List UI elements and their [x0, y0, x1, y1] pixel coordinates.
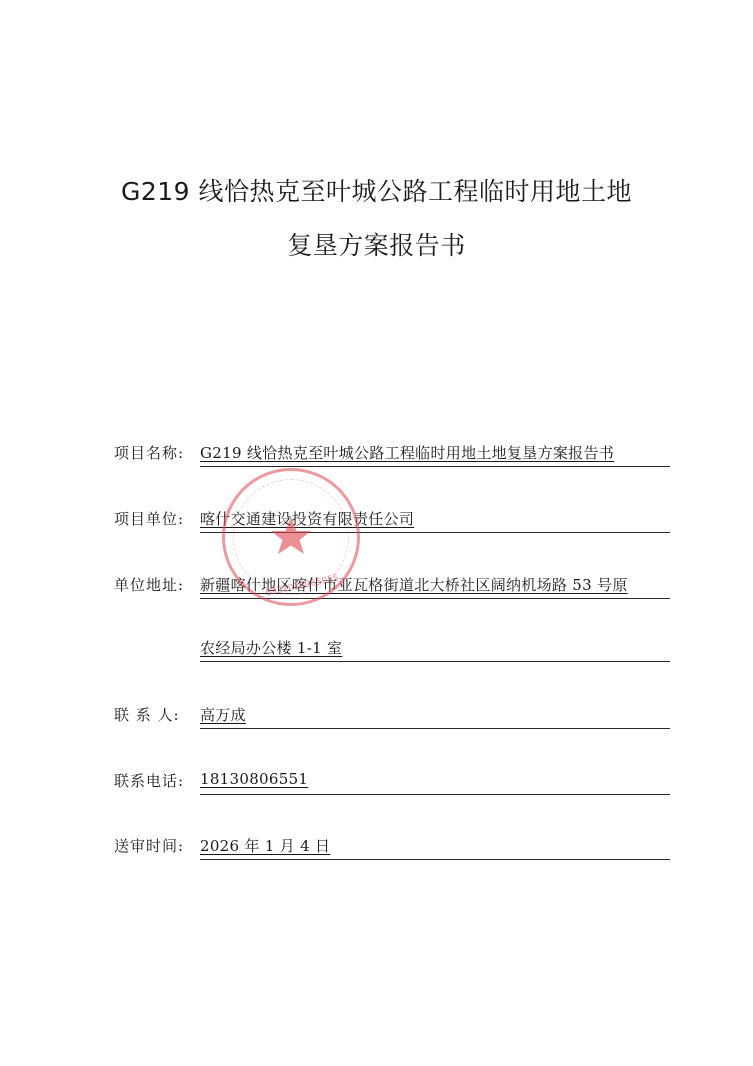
project-unit-label: 项目单位:	[114, 508, 200, 529]
unit-address-value-line-2: 农经局办公楼 1-1 室	[200, 637, 670, 662]
contact-person-label: 联 系 人:	[114, 704, 200, 725]
submission-date-value: 2026 年 1 月 4 日	[200, 835, 670, 860]
project-name-label: 项目名称:	[114, 442, 200, 463]
unit-address-label: 单位地址:	[114, 574, 200, 595]
contact-phone-field: 联系电话: 18130806551	[114, 770, 670, 796]
contact-person-value: 高万成	[200, 704, 670, 729]
unit-address-value-line-1: 新疆喀什地区喀什市亚瓦格街道北大桥社区阔纳机场路 53 号原	[200, 574, 670, 599]
unit-address-continuation: 农经局办公楼 1-1 室	[114, 637, 670, 663]
submission-date-label: 送审时间:	[114, 835, 200, 856]
unit-address-field: 单位地址: 新疆喀什地区喀什市亚瓦格街道北大桥社区阔纳机场路 53 号原	[114, 574, 670, 600]
document-title-line-1: G219 线恰热克至叶城公路工程临时用地土地	[0, 172, 753, 208]
contact-person-field: 联 系 人: 高万成	[114, 704, 670, 730]
contact-phone-label: 联系电话:	[114, 770, 200, 791]
project-name-value: G219 线恰热克至叶城公路工程临时用地土地复垦方案报告书	[200, 442, 670, 467]
project-name-field: 项目名称: G219 线恰热克至叶城公路工程临时用地土地复垦方案报告书	[114, 442, 670, 468]
project-unit-value: 喀什交通建设投资有限责任公司	[200, 508, 670, 533]
contact-phone-value: 18130806551	[200, 770, 670, 795]
submission-date-field: 送审时间: 2026 年 1 月 4 日	[114, 835, 670, 861]
project-unit-field: 项目单位: 喀什交通建设投资有限责任公司	[114, 508, 670, 534]
document-title-line-2: 复垦方案报告书	[0, 226, 753, 262]
